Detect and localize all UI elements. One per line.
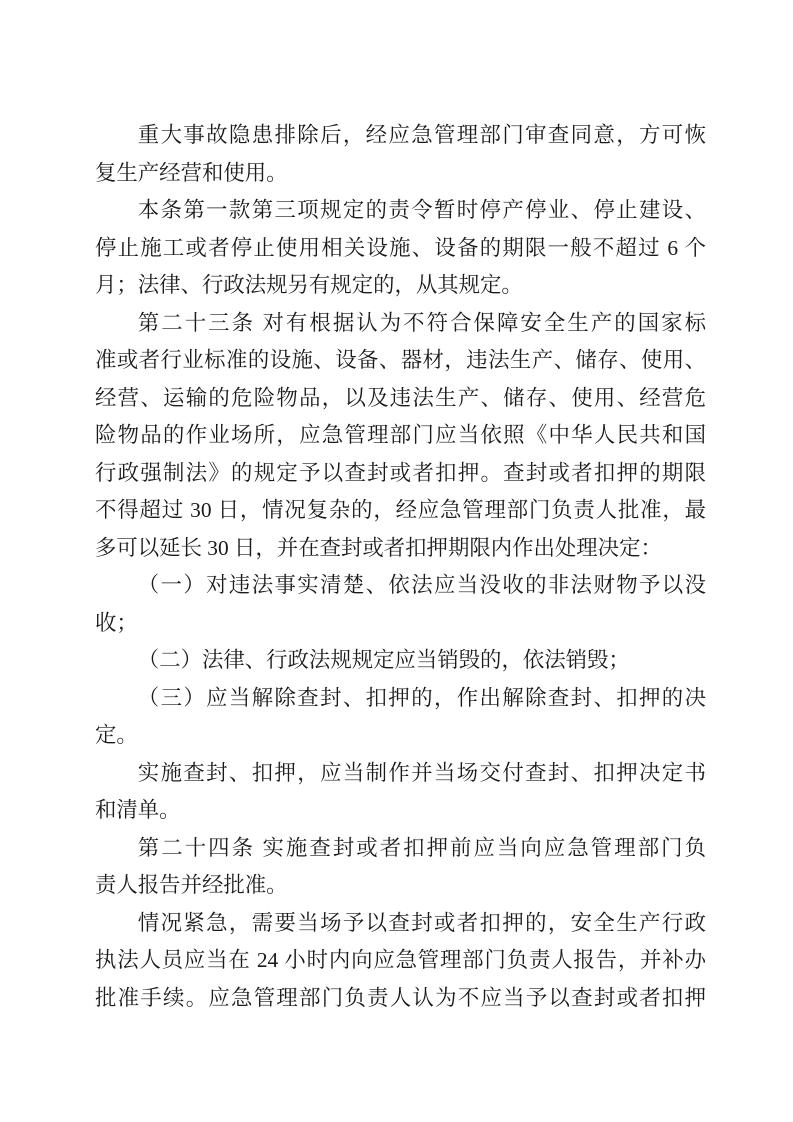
- text-line: （一）对违法事实清楚、依法应当没收的非法财物予以没: [95, 567, 706, 605]
- text-line: 定。: [95, 717, 706, 755]
- document-body: 重大事故隐患排除后，经应急管理部门审查同意，方可恢复生产经营和使用。本条第一款第…: [95, 117, 706, 1017]
- text-line: 险物品的作业场所，应急管理部门应当依照《中华人民共和国: [95, 417, 706, 455]
- text-line: 行政强制法》的规定予以查封或者扣押。查封或者扣押的期限: [95, 455, 706, 493]
- text-line: 多可以延长 30 日，并在查封或者扣押期限内作出处理决定：: [95, 530, 706, 568]
- text-line: 重大事故隐患排除后，经应急管理部门审查同意，方可恢: [95, 117, 706, 155]
- text-line: 收；: [95, 605, 706, 643]
- text-line: 情况紧急，需要当场予以查封或者扣押的，安全生产行政: [95, 905, 706, 943]
- text-line: 准或者行业标准的设施、设备、器材，违法生产、储存、使用、: [95, 342, 706, 380]
- text-line: 经营、运输的危险物品，以及违法生产、储存、使用、经营危: [95, 380, 706, 418]
- text-line: 批准手续。应急管理部门负责人认为不应当予以查封或者扣押: [95, 980, 706, 1018]
- document-page: 重大事故隐患排除后，经应急管理部门审查同意，方可恢复生产经营和使用。本条第一款第…: [0, 0, 793, 1122]
- text-line: 责人报告并经批准。: [95, 867, 706, 905]
- text-line: 第二十四条 实施查封或者扣押前应当向应急管理部门负: [95, 830, 706, 868]
- text-line: 实施查封、扣押，应当制作并当场交付查封、扣押决定书: [95, 755, 706, 793]
- text-line: 执法人员应当在 24 小时内向应急管理部门负责人报告，并补办: [95, 942, 706, 980]
- text-line: 复生产经营和使用。: [95, 155, 706, 193]
- text-line: （三）应当解除查封、扣押的，作出解除查封、扣押的决: [95, 680, 706, 718]
- text-line: （二）法律、行政法规规定应当销毁的，依法销毁；: [95, 642, 706, 680]
- text-line: 不得超过 30 日，情况复杂的，经应急管理部门负责人批准，最: [95, 492, 706, 530]
- text-line: 停止施工或者停止使用相关设施、设备的期限一般不超过 6 个: [95, 230, 706, 268]
- text-line: 本条第一款第三项规定的责令暂时停产停业、停止建设、: [95, 192, 706, 230]
- text-line: 第二十三条 对有根据认为不符合保障安全生产的国家标: [95, 305, 706, 343]
- text-line: 和清单。: [95, 792, 706, 830]
- text-line: 月；法律、行政法规另有规定的，从其规定。: [95, 267, 706, 305]
